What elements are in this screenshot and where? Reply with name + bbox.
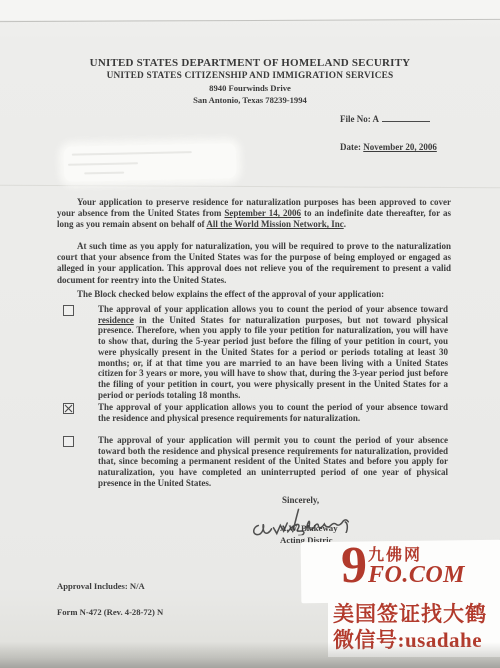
form-number: Form N-472 (Rev. 4-28-72) N <box>57 607 163 617</box>
block-intro-line: The Block checked below explains the eff… <box>57 289 451 300</box>
watermark-domain: FO.COM <box>368 564 465 586</box>
address-line2: San Antonio, Texas 78239-1994 <box>0 95 500 105</box>
paper-crease <box>0 185 500 189</box>
agency-name: UNITED STATES DEPARTMENT OF HOMELAND SEC… <box>0 57 500 69</box>
date-row: Date: November 20, 2006 <box>340 142 437 152</box>
checkbox-unchecked-icon <box>63 305 74 316</box>
absence-start-date: September 14, 2006 <box>224 208 301 218</box>
file-no-label: File No: A <box>340 114 379 124</box>
watermark-logo: 9 九佛网 FO.COM <box>341 546 465 587</box>
date-label: Date: <box>340 142 361 152</box>
watermark-slogan: 美国签证找大鹤 <box>333 603 487 626</box>
bureau-name: UNITED STATES CITIZENSHIP AND IMMIGRATIO… <box>0 71 500 81</box>
scanned-letter-page: UNITED STATES DEPARTMENT OF HOMELAND SEC… <box>0 0 500 668</box>
date-value: November 20, 2006 <box>363 142 437 152</box>
approval-includes: Approval Includes: N/A <box>57 581 145 591</box>
paragraph-approval: Your application to preserve residence f… <box>57 197 451 231</box>
checkbox-checked-icon <box>63 403 74 414</box>
redacted-address-whiteout <box>64 143 237 182</box>
paragraph-naturalization-notice: At such time as you apply for naturaliza… <box>57 241 451 286</box>
organization-name: All the World Mission Network, Inc <box>206 219 343 229</box>
signer-name: A.W. Blakeway <box>280 523 338 533</box>
file-date-block: File No: A Date: November 20, 2006 <box>340 113 437 170</box>
checkbox-unchecked-icon <box>63 436 74 447</box>
letterhead: UNITED STATES DEPARTMENT OF HOMELAND SEC… <box>0 57 500 105</box>
file-no-row: File No: A <box>340 113 437 124</box>
address-line1: 8940 Fourwinds Drive <box>0 83 500 93</box>
file-no-blank <box>382 113 430 122</box>
residence-underlined: residence <box>98 315 134 325</box>
bottom-scan-shadow <box>0 642 500 668</box>
scan-background-strip <box>0 0 500 20</box>
watermark-digit: 9 <box>341 546 367 587</box>
